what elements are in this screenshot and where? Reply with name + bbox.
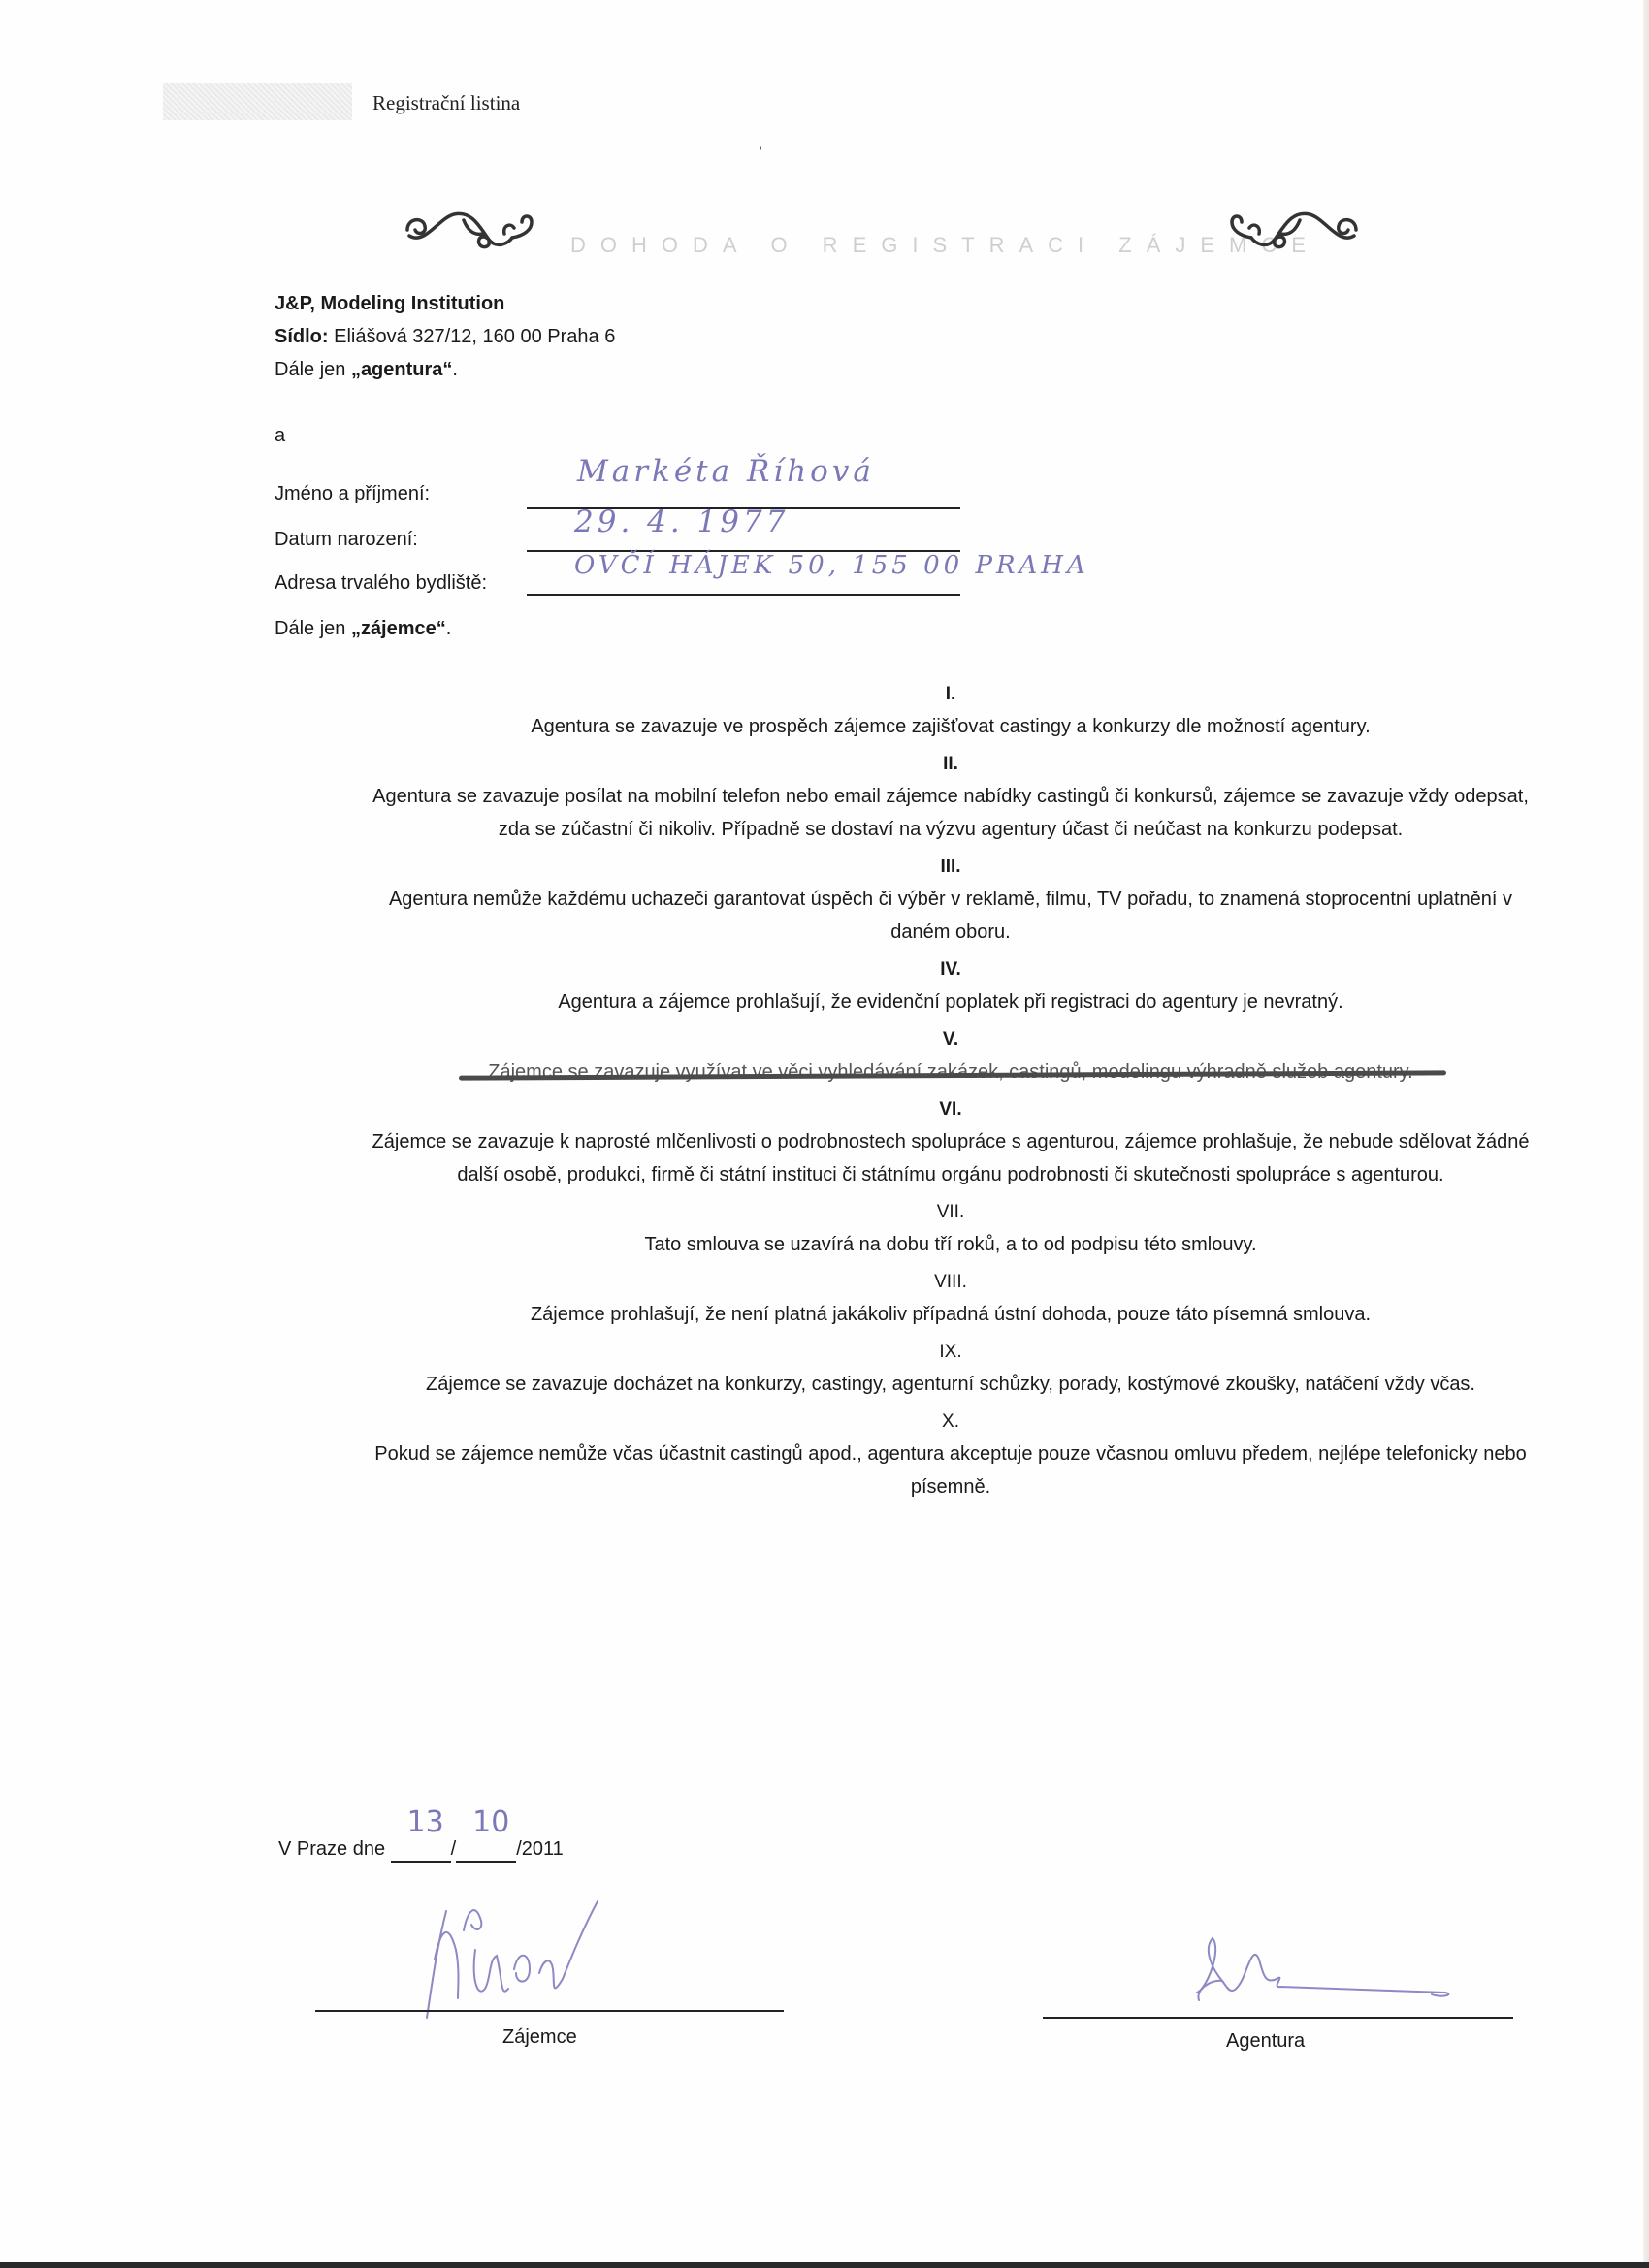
day-value: 13 — [397, 1805, 455, 1839]
article-number: VIII. — [369, 1267, 1533, 1298]
stray-mark: ' — [760, 144, 762, 159]
article: II.Agentura se zavazuje posílat na mobil… — [369, 749, 1533, 846]
article: IV.Agentura a zájemce prohlašují, že evi… — [369, 955, 1533, 1019]
article-text: Agentura nemůže každému uchazeči garanto… — [369, 883, 1533, 949]
article: III.Agentura nemůže každému uchazeči gar… — [369, 852, 1533, 949]
article-text: Agentura se zavazuje posílat na mobilní … — [369, 780, 1533, 846]
article-number: III. — [369, 852, 1533, 883]
article-text: Agentura se zavazuje ve prospěch zájemce… — [369, 710, 1533, 743]
article: I.Agentura se zavazuje ve prospěch zájem… — [369, 679, 1533, 743]
article-number: IX. — [369, 1337, 1533, 1368]
month-value: 10 — [462, 1805, 520, 1839]
flourish-left-icon — [396, 201, 551, 257]
redacted-logo — [163, 83, 352, 120]
year-value: /2011 — [516, 1838, 564, 1860]
birthdate-field[interactable]: 29. 4. 1977 — [574, 504, 789, 539]
name-field[interactable]: Markéta Říhová — [577, 454, 875, 489]
flourish-right-icon — [1212, 201, 1368, 257]
article-text: Zájemce prohlašují, že není platná jakák… — [369, 1298, 1533, 1331]
scan-bottom-border — [0, 2262, 1649, 2268]
conjunction: a — [275, 419, 285, 452]
header-title: Registrační listina — [372, 91, 520, 115]
article-text: Tato smlouva se uzavírá na dobu tří roků… — [369, 1228, 1533, 1261]
article-number: X. — [369, 1407, 1533, 1438]
article-text: Pokud se zájemce nemůže včas účastnit ca… — [369, 1438, 1533, 1504]
page-edge-shadow — [1643, 0, 1649, 2268]
article: VIII.Zájemce prohlašují, že není platná … — [369, 1267, 1533, 1331]
article-number: IV. — [369, 955, 1533, 986]
article-number: V. — [369, 1024, 1533, 1055]
article-number: I. — [369, 679, 1533, 710]
birthdate-label: Datum narození: — [275, 529, 418, 551]
article: VII.Tato smlouva se uzavírá na dobu tří … — [369, 1197, 1533, 1261]
article-text: Zájemce se zavazuje docházet na konkurzy… — [369, 1368, 1533, 1401]
address-line — [527, 594, 960, 596]
article-text: Agentura a zájemce prohlašují, že eviden… — [369, 986, 1533, 1019]
applicant-alias-suffix: . — [446, 618, 452, 639]
articles-list: I.Agentura se zavazuje ve prospěch zájem… — [369, 679, 1533, 1509]
article-number: II. — [369, 749, 1533, 780]
article-number: VII. — [369, 1197, 1533, 1228]
agency-seat-label: Sídlo: — [275, 326, 329, 347]
agency-signature-label: Agentura — [1226, 2030, 1305, 2053]
agency-signature-line — [1043, 2017, 1513, 2019]
agency-alias-prefix: Dále jen — [275, 359, 351, 380]
article-text-struck: Zájemce se zavazuje využívat ve věci vyh… — [369, 1055, 1533, 1088]
agency-signature-icon — [1183, 1930, 1465, 2008]
signing-date: V Praze dne 13/ 10/2011 — [278, 1838, 564, 1863]
agency-block: J&P, Modeling Institution Sídlo: Eliášov… — [275, 287, 615, 386]
article-text: Zájemce se zavazuje k naprosté mlčenlivo… — [369, 1125, 1533, 1191]
applicant-alias-value: „zájemce“ — [351, 618, 446, 639]
address-field[interactable]: OVČÍ HÁJEK 50, 155 00 PRAHA — [574, 551, 1089, 580]
article: V.Zájemce se zavazuje využívat ve věci v… — [369, 1024, 1533, 1088]
article: IX.Zájemce se zavazuje docházet na konku… — [369, 1337, 1533, 1401]
article: X.Pokud se zájemce nemůže včas účastnit … — [369, 1407, 1533, 1504]
applicant-signature-line — [315, 2010, 784, 2012]
agency-seat-value: Eliášová 327/12, 160 00 Praha 6 — [334, 326, 615, 347]
signing-place: V Praze dne — [278, 1838, 385, 1860]
strikethrough-text: Zájemce se zavazuje využívat ve věci vyh… — [488, 1055, 1412, 1088]
address-label: Adresa trvalého bydliště: — [275, 572, 487, 595]
agency-alias: „agentura“ — [351, 359, 452, 380]
name-label: Jméno a příjmení: — [275, 483, 430, 505]
applicant-alias: Dále jen „zájemce“. — [275, 618, 451, 640]
day-field[interactable]: 13 — [391, 1838, 451, 1863]
applicant-signature-label: Zájemce — [502, 2026, 577, 2049]
article: VI.Zájemce se zavazuje k naprosté mlčenl… — [369, 1094, 1533, 1191]
month-field[interactable]: 10 — [456, 1838, 516, 1863]
agency-alias-suffix: . — [452, 359, 458, 380]
applicant-alias-prefix: Dále jen — [275, 618, 351, 639]
agency-name: J&P, Modeling Institution — [275, 293, 504, 314]
document-title: DOHODA O REGISTRACI ZÁJEMCE — [570, 233, 1320, 258]
applicant-signature-icon — [407, 1892, 660, 2027]
article-number: VI. — [369, 1094, 1533, 1125]
